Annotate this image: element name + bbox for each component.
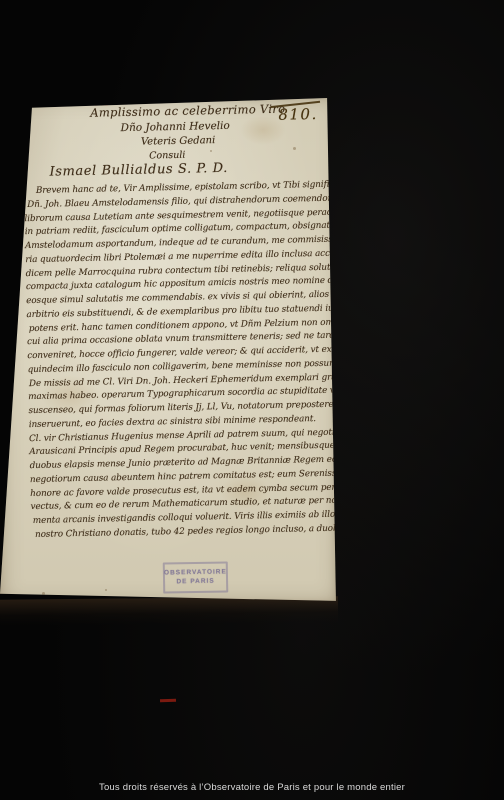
copyright-caption: Tous droits réservés à l’Observatoire de… [0,782,504,793]
manuscript-paper: 149 Amplissimo ac celeberrimo Viro 810. … [0,95,340,605]
observatoire-de-paris-stamp: OBSERVATOIRE DE PARIS [163,561,229,593]
address-line-2: Dño Johanni Hevelio [120,120,229,134]
photo-black-background: 149 Amplissimo ac celeberrimo Viro 810. … [0,0,504,800]
handwriting-layer: 149 Amplissimo ac celeberrimo Viro 810. … [0,89,349,606]
underlying-page-edge [0,596,338,626]
red-ink-mark [160,699,176,702]
stamp-line-2: DE PARIS [176,577,214,586]
address-line-1: Amplissimo ac celeberrimo Viro [90,102,285,120]
archival-number: 810. [278,105,318,124]
address-line-3: Veteris Gedani [141,135,216,148]
salutation: Ismael Bullialdus S. P. D. [49,161,228,180]
letter-body: Brevem hanc ad te, Vir Amplissime, epist… [24,179,341,543]
address-line-4: Consuli [149,150,185,162]
